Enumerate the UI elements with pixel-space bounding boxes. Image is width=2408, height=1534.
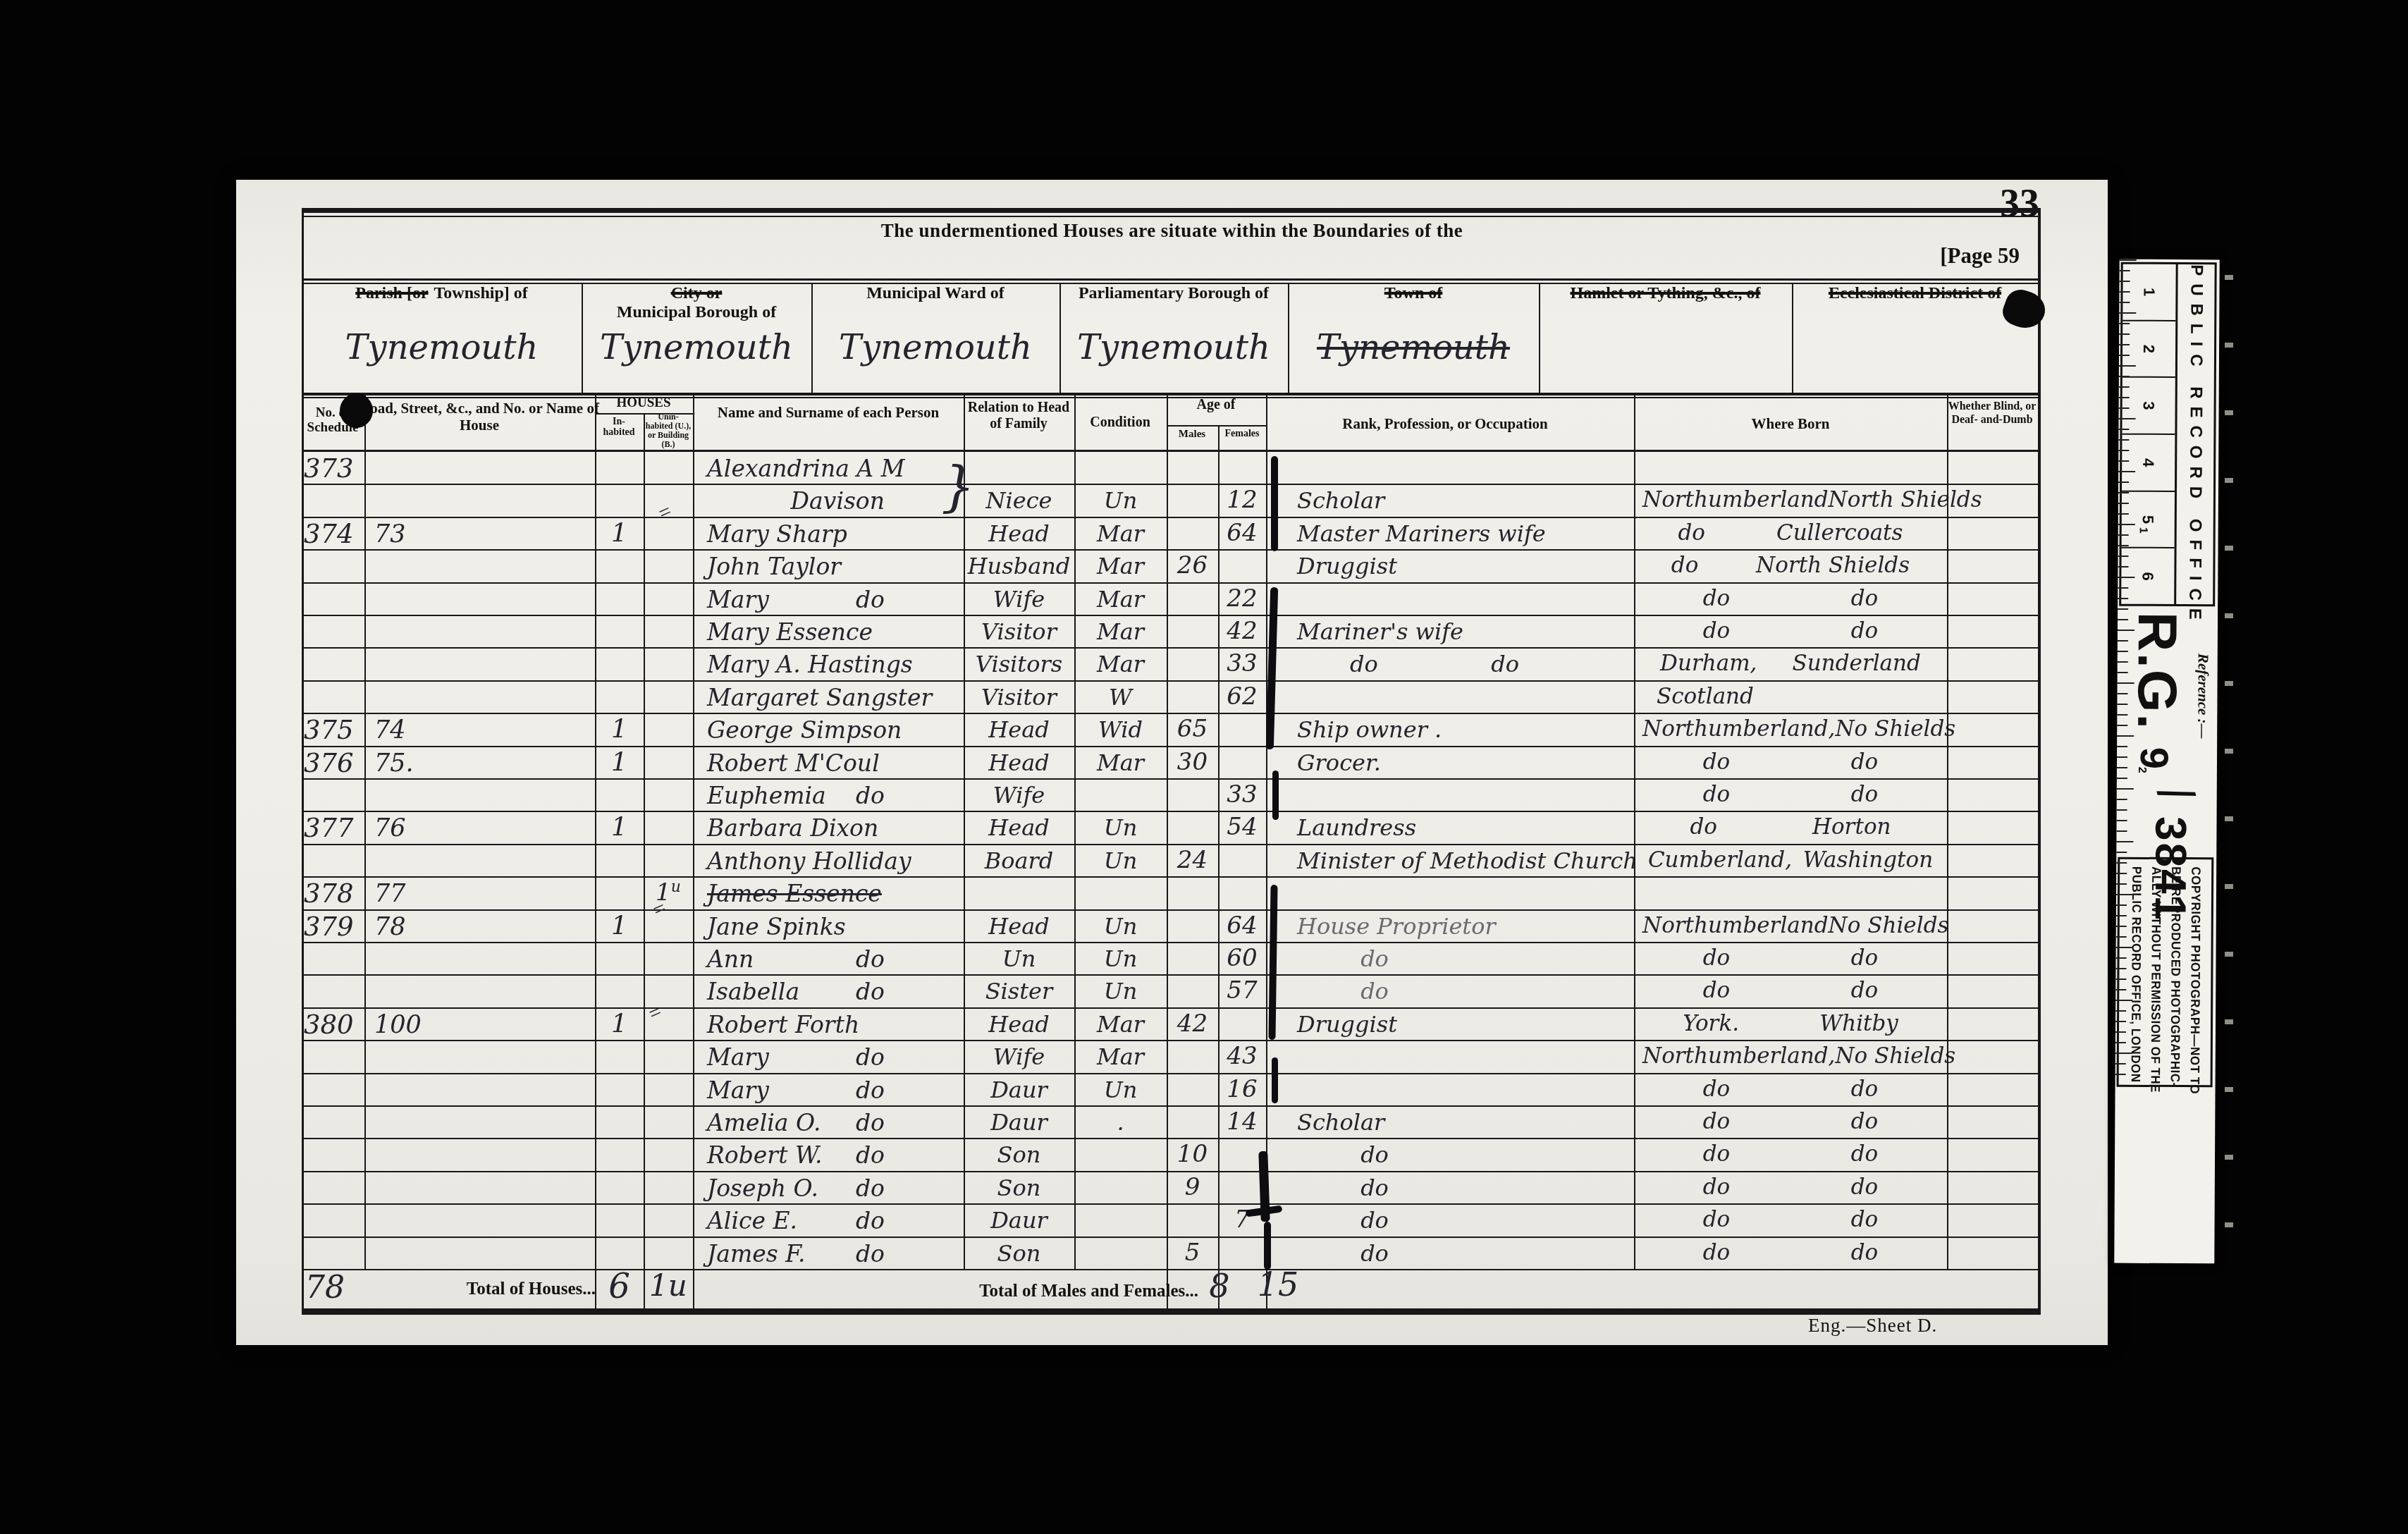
cell-name: Euphemiado xyxy=(707,782,885,809)
cell-age-female: 64 xyxy=(1218,519,1266,547)
name-part: Joseph O. xyxy=(707,1174,818,1202)
row-rule xyxy=(302,713,2038,714)
header-divider xyxy=(595,395,596,450)
ink-mark xyxy=(1266,587,1278,749)
cell-where-born: NorthumberlandNo Shields xyxy=(1642,913,1939,938)
pro-reference-label: Reference :— xyxy=(2194,608,2212,784)
row-rule xyxy=(302,844,2038,845)
cell-relation: Niece xyxy=(964,487,1074,514)
column-divider xyxy=(644,450,645,1269)
cell-inhabited: 1 xyxy=(595,813,644,842)
cell-house-number: 100 xyxy=(374,1011,422,1039)
band1-bottom-inner xyxy=(302,283,2038,284)
born-part: do xyxy=(1851,618,1879,644)
row-rule xyxy=(302,1237,2038,1238)
cell-where-born: Northumberland,No Shields xyxy=(1642,1043,1939,1069)
cell-where-born: doHorton xyxy=(1642,814,1939,840)
cell-condition: Mar xyxy=(1074,553,1167,579)
cell-inhabited: 1 xyxy=(595,715,644,744)
ink-mark xyxy=(1264,1222,1271,1270)
cell-where-born: York.Whitby xyxy=(1642,1011,1939,1036)
header-divider xyxy=(1266,395,1267,450)
cell-condition: Un xyxy=(1074,814,1167,841)
row-rule xyxy=(302,746,2038,747)
cell-occupation: Mariner's wife xyxy=(1297,618,1463,645)
uninhabited-flag: u xyxy=(671,878,681,896)
cell-relation: Wife xyxy=(964,1043,1074,1070)
column-divider xyxy=(1074,450,1076,1269)
census-sheet: 33 The undermentioned Houses are situate… xyxy=(236,180,2108,1345)
born-part: do xyxy=(1851,1109,1879,1134)
cell-occupation: do xyxy=(1336,1207,1413,1234)
cell-name: Davison xyxy=(707,487,885,515)
cell-occupation: do xyxy=(1336,1174,1413,1201)
occupation-part: do xyxy=(1350,651,1378,677)
born-part: do xyxy=(1703,749,1731,775)
brace-mark: } xyxy=(941,455,975,517)
born-part: do xyxy=(1671,553,1699,578)
born-part: North Shields xyxy=(1829,487,1982,513)
jurisdiction-label-struck: City or xyxy=(582,284,811,303)
born-part: Northumberland, xyxy=(1642,1043,1835,1069)
ink-mark xyxy=(1272,771,1279,820)
page-number-label: [Page 59 xyxy=(1879,243,2020,269)
cell-house-number: 78 xyxy=(374,913,406,941)
cell-relation: Head xyxy=(964,716,1074,743)
born-part: do xyxy=(1703,586,1731,611)
born-part: do xyxy=(1851,1141,1879,1167)
column-header-rank: Rank, Profession, or Occupation xyxy=(1262,415,1628,432)
cell-age-male: 24 xyxy=(1167,846,1218,874)
border-left xyxy=(302,208,304,1308)
cell-relation: Visitor xyxy=(964,618,1074,645)
border-bottom xyxy=(302,1308,2041,1315)
cell-inhabited: 1 xyxy=(595,519,644,548)
born-part: Northumberland, xyxy=(1642,716,1835,742)
born-part: do xyxy=(1703,782,1731,807)
column-divider xyxy=(1947,450,1948,1269)
cell-relation: Sister xyxy=(964,978,1074,1005)
totals-males-females-label: Total of Males and Females... xyxy=(902,1282,1198,1301)
header-divider xyxy=(1167,395,1168,450)
cell-condition: Mar xyxy=(1074,1043,1167,1070)
age-divider xyxy=(1218,425,1220,450)
cell-name: Joseph O.do xyxy=(707,1174,885,1202)
copyright-line: BE REPRODUCED PHOTOGRAPHIC- xyxy=(2166,866,2187,1074)
cell-age-female: 33 xyxy=(1218,780,1266,809)
header-divider xyxy=(1634,395,1635,450)
jurisdiction-label-text: Township] of xyxy=(434,284,528,302)
cell-inhabited: 1 xyxy=(595,1010,644,1038)
cell-age-female: 42 xyxy=(1218,617,1266,645)
column-header-relation: Relation to Head of Family xyxy=(962,400,1075,432)
cell-relation: Head xyxy=(964,1011,1074,1038)
born-part: Whitby xyxy=(1819,1011,1898,1036)
cell-name: Margaret Sangster xyxy=(707,684,932,711)
born-part: Horton xyxy=(1812,814,1891,840)
cell-condition: . xyxy=(1074,1109,1167,1136)
cell-where-born: dodo xyxy=(1642,978,1939,1003)
column-header-road: Road, Street, &c., and No. or Name of Ho… xyxy=(360,400,599,434)
name-part: Isabella xyxy=(707,978,799,1005)
cell-age-male: 10 xyxy=(1167,1140,1218,1168)
cell-age-male: 5 xyxy=(1167,1239,1218,1267)
column-header-condition: Condition xyxy=(1078,415,1162,430)
row-rule xyxy=(302,484,2038,485)
born-part: Sunderland xyxy=(1793,651,1921,676)
born-part: do xyxy=(1703,945,1731,971)
name-part: Mary xyxy=(707,1043,769,1071)
cell-condition: Mar xyxy=(1074,520,1167,547)
name-part: do xyxy=(856,945,885,973)
cell-occupation: Ship owner . xyxy=(1297,716,1442,743)
cell-relation: Visitor xyxy=(964,684,1074,711)
cell-occupation: Druggist xyxy=(1297,1011,1397,1038)
pro-reference-strip: PUBLIC RECORD OFFICE 123456 Reference :—… xyxy=(2114,259,2219,1264)
name-part: do xyxy=(856,1141,885,1169)
cell-relation: Wife xyxy=(964,586,1074,613)
jurisdiction-divider xyxy=(811,283,813,393)
cell-where-born: dodo xyxy=(1642,1076,1939,1102)
ruler-cm-digit: 2 xyxy=(2135,767,2148,773)
born-part: York. xyxy=(1683,1011,1739,1036)
cell-relation: Board xyxy=(964,847,1074,874)
cell-where-born: dodo xyxy=(1642,1141,1939,1167)
cell-relation: Son xyxy=(964,1240,1074,1267)
jurisdiction-label: Hamlet or Tything, &c., of xyxy=(1539,284,1792,303)
ink-mark xyxy=(1268,885,1277,1040)
name-part: do xyxy=(856,1207,885,1234)
row-rule xyxy=(302,909,2038,911)
cell-where-born: dodo xyxy=(1642,1240,1939,1265)
cell-name: Mary A. Hastings xyxy=(707,651,913,678)
totals-houses-label: Total of Houses... xyxy=(367,1280,596,1299)
cell-condition: Wid xyxy=(1074,716,1167,743)
row-rule xyxy=(302,549,2038,551)
cell-age-male: 9 xyxy=(1167,1173,1218,1201)
cell-age-female: 14 xyxy=(1218,1107,1266,1136)
cell-schedule: 379 xyxy=(304,912,354,942)
cell-where-born: dodo xyxy=(1642,945,1939,971)
cell-schedule: 373 xyxy=(304,453,354,484)
cell-where-born: dodo xyxy=(1642,749,1939,775)
row-rule xyxy=(302,1171,2038,1172)
page-heading: The undermentioned Houses are situate wi… xyxy=(236,220,2108,242)
cell-name: John Taylor xyxy=(707,553,841,580)
cell-condition: Mar xyxy=(1074,749,1167,776)
row-rule xyxy=(302,811,2038,812)
cell-where-born: dodo xyxy=(1642,1207,1939,1232)
born-part: Durham, xyxy=(1660,651,1757,676)
born-part: do xyxy=(1851,586,1879,611)
column-divider xyxy=(595,450,596,1269)
born-part: do xyxy=(1703,1076,1731,1102)
born-part: do xyxy=(1703,1207,1731,1232)
cell-where-born: doCullercoats xyxy=(1642,520,1939,546)
cell-occupation: Druggist xyxy=(1297,553,1397,579)
born-part: Cullercoats xyxy=(1776,520,1903,546)
border-top-inner xyxy=(302,216,2041,217)
column-header-males: Males xyxy=(1167,429,1217,440)
row-rule xyxy=(302,680,2038,682)
cell-name: Robert M'Coul xyxy=(707,749,880,777)
ruler-cm-digit: 1 xyxy=(2137,527,2149,534)
photograph-background: 33 The undermentioned Houses are situate… xyxy=(0,0,2408,1534)
cell-occupation: do xyxy=(1336,945,1413,972)
jurisdiction-label-struck: Town of xyxy=(1384,284,1442,302)
pro-office-title: PUBLIC RECORD OFFICE xyxy=(2174,264,2215,604)
cell-occupation: Master Mariners wife xyxy=(1297,520,1546,547)
column-header-uninhabited: Unin- habited (U.), or Building (B.) xyxy=(644,412,692,449)
name-part: Alice E. xyxy=(707,1207,797,1234)
cell-relation: Husband xyxy=(964,553,1074,579)
cell-age-male: 26 xyxy=(1167,551,1218,579)
name-part: do xyxy=(856,1174,885,1202)
column-divider xyxy=(1167,450,1168,1269)
cell-age-male: 42 xyxy=(1167,1010,1218,1038)
occupation-part: do xyxy=(1491,651,1519,677)
column-divider xyxy=(1218,450,1220,1269)
cell-inhabited: 1 xyxy=(595,912,644,940)
cell-age-female: 22 xyxy=(1218,584,1266,613)
totals-males: 8 xyxy=(1195,1267,1244,1305)
cell-age-female: 43 xyxy=(1218,1042,1266,1070)
jurisdiction-label-text: Municipal Borough of xyxy=(617,303,776,321)
cell-condition: Un xyxy=(1074,847,1167,874)
caret-mark: = xyxy=(655,499,675,526)
cell-house-number: 77 xyxy=(374,880,406,908)
band1-bottom xyxy=(302,278,2038,281)
jurisdiction-value: Tynemouth xyxy=(1059,328,1288,367)
cell-where-born: dodo xyxy=(1642,782,1939,807)
jurisdiction-divider xyxy=(582,283,583,393)
cell-relation: Son xyxy=(964,1141,1074,1168)
jurisdiction-divider xyxy=(1059,283,1061,393)
header-divider xyxy=(1074,395,1076,450)
jurisdiction-label-text: Municipal Ward of xyxy=(866,284,1005,302)
born-part: do xyxy=(1851,945,1879,971)
row-rule xyxy=(302,778,2038,780)
cell-where-born: NorthumberlandNorth Shields xyxy=(1642,487,1939,513)
caret-mark: = xyxy=(645,1000,665,1026)
cell-name: Jane Spinks xyxy=(707,913,846,940)
born-part: North Shields xyxy=(1756,553,1910,578)
cell-condition: Mar xyxy=(1074,651,1167,677)
name-part: Amelia O. xyxy=(707,1109,821,1136)
age-underline xyxy=(1167,425,1266,427)
band2-bottom-inner xyxy=(302,397,2038,398)
name-part: do xyxy=(856,1043,885,1071)
jurisdiction-label-struck: Parish [or xyxy=(355,284,428,302)
copyright-line: ALLY WITHOUT PERMISSION OF THE xyxy=(2146,866,2167,1074)
cell-where-born: Scotland xyxy=(1657,684,1754,709)
houses-divider xyxy=(644,413,645,450)
cell-occupation: House Proprietor xyxy=(1297,913,1496,940)
jurisdiction-value: Tynemouth xyxy=(582,328,811,367)
column-header-name: Name and Surname of each Person xyxy=(712,404,945,421)
jurisdiction-label: City orMunicipal Borough of xyxy=(582,284,811,322)
column-divider xyxy=(693,450,694,1269)
born-part: Northumberland xyxy=(1642,913,1829,938)
cell-where-born: Durham,Sunderland xyxy=(1642,651,1939,676)
name-part: Robert W. xyxy=(707,1141,823,1169)
totals-females: 15 xyxy=(1250,1265,1306,1303)
column-header-houses-group: HOUSES xyxy=(594,396,693,410)
name-part: do xyxy=(856,1240,885,1268)
born-part: do xyxy=(1703,618,1731,644)
cell-age-female: 64 xyxy=(1218,912,1266,940)
born-part: Northumberland xyxy=(1642,487,1829,513)
cell-occupation: do xyxy=(1336,1240,1413,1267)
totals-schedule-note: 78 xyxy=(305,1270,345,1306)
jurisdiction-label: Municipal Ward of xyxy=(811,284,1059,303)
row-rule xyxy=(302,582,2038,584)
ink-mark xyxy=(1271,456,1278,551)
cell-age-male: 30 xyxy=(1167,748,1218,776)
header-divider xyxy=(964,395,965,450)
name-part: do xyxy=(856,978,885,1005)
jurisdiction-label-struck: Hamlet or Tything, &c., of xyxy=(1571,284,1761,302)
cell-condition: Mar xyxy=(1074,618,1167,645)
cell-occupation: Laundress xyxy=(1297,814,1416,841)
cell-where-born: dodo xyxy=(1642,586,1939,611)
column-header-age-group: Age of xyxy=(1167,397,1265,412)
cell-name: Robert W.do xyxy=(707,1141,885,1169)
name-part: Davison xyxy=(791,487,885,515)
born-part: do xyxy=(1851,978,1879,1003)
cell-name: Anthony Holliday xyxy=(707,847,911,875)
born-part: do xyxy=(1851,749,1879,775)
row-rule xyxy=(302,615,2038,616)
column-divider xyxy=(964,450,965,1269)
pro-series: R.G. xyxy=(2125,612,2189,731)
cell-where-born: dodo xyxy=(1642,1174,1939,1200)
cell-name: Isabellado xyxy=(707,978,885,1005)
row-rule xyxy=(302,876,2038,878)
born-part: do xyxy=(1690,814,1717,840)
cell-condition: Mar xyxy=(1074,1011,1167,1038)
jurisdiction-divider xyxy=(1539,283,1540,393)
cell-age-female: 57 xyxy=(1218,976,1266,1005)
cell-relation: Wife xyxy=(964,782,1074,809)
cell-name: Marydo xyxy=(707,1076,885,1104)
row-rule xyxy=(302,1105,2038,1107)
born-part: do xyxy=(1851,1240,1879,1265)
cell-relation: Head xyxy=(964,520,1074,547)
cell-schedule: 376 xyxy=(304,748,354,778)
row-rule xyxy=(302,1007,2038,1009)
cell-condition: Un xyxy=(1074,913,1167,940)
born-part: do xyxy=(1851,782,1879,807)
cell-name: Barbara Dixon xyxy=(707,814,878,842)
cell-age-male: 65 xyxy=(1167,715,1218,743)
cell-inhabited: 1 xyxy=(595,748,644,777)
cell-where-born: doNorth Shields xyxy=(1642,553,1939,578)
cell-occupation: Grocer. xyxy=(1297,749,1381,776)
cell-schedule: 377 xyxy=(304,813,354,843)
cell-relation: Head xyxy=(964,749,1074,776)
cell-occupation: Scholar xyxy=(1297,1109,1384,1136)
cell-condition: Un xyxy=(1074,1076,1167,1103)
cell-age-female: 60 xyxy=(1218,944,1266,972)
sheet-footer: Eng.—Sheet D. xyxy=(1808,1315,1937,1337)
cell-name: Anndo xyxy=(707,945,885,973)
cell-condition: Mar xyxy=(1074,586,1167,613)
cell-condition: W xyxy=(1074,684,1167,711)
cell-condition: Un xyxy=(1074,945,1167,972)
jurisdiction-label: Parliamentary Borough of xyxy=(1059,284,1288,303)
cell-where-born: dodo xyxy=(1642,1109,1939,1134)
cell-age-female: 33 xyxy=(1218,649,1266,677)
border-top xyxy=(302,208,2041,213)
name-part: Mary xyxy=(707,586,769,613)
cell-relation: Head xyxy=(964,814,1074,841)
cell-occupation: dodo xyxy=(1350,651,1519,677)
row-rule xyxy=(302,647,2038,649)
cell-relation: Daur xyxy=(964,1109,1074,1136)
cell-schedule: 380 xyxy=(304,1010,354,1040)
born-part: do xyxy=(1703,1174,1731,1200)
cell-name: Marydo xyxy=(707,586,885,613)
cell-age-female: 54 xyxy=(1218,813,1266,841)
row-rule xyxy=(302,1040,2038,1041)
born-part: No Shields xyxy=(1829,913,1949,938)
pro-class-number: 9 xyxy=(2132,747,2177,769)
header-divider xyxy=(693,395,694,450)
cell-name: Robert Forth xyxy=(707,1011,859,1038)
cell-age-female: 16 xyxy=(1218,1075,1266,1103)
name-part: do xyxy=(856,1109,885,1136)
cell-schedule: 378 xyxy=(304,878,354,909)
cell-name: Amelia O.do xyxy=(707,1109,885,1136)
column-header-born: Where Born xyxy=(1639,415,1942,432)
cell-relation: Un xyxy=(964,945,1074,972)
edge-ticks xyxy=(2225,275,2233,1248)
row-rule xyxy=(302,942,2038,943)
name-part: do xyxy=(856,586,885,613)
pro-copyright-lines: COPYRIGHT PHOTOGRAPH—NOT TOBE REPRODUCED… xyxy=(2126,859,2212,1086)
cell-name: Alexandrina A M xyxy=(707,455,904,482)
row-rule xyxy=(302,1269,2038,1270)
cell-where-born: Northumberland,No Shields xyxy=(1642,716,1939,742)
cell-where-born: dodo xyxy=(1642,618,1939,644)
totals-inhabited: 6 xyxy=(595,1267,644,1306)
cell-where-born: Cumberland,Washington xyxy=(1642,847,1939,873)
born-part: do xyxy=(1703,1141,1731,1167)
name-part: James F. xyxy=(707,1240,805,1268)
cell-name: James Essence xyxy=(707,880,882,907)
jurisdiction-label-text: Parliamentary Borough of xyxy=(1079,284,1269,302)
cell-occupation: do xyxy=(1336,1141,1413,1168)
cell-occupation: do xyxy=(1336,978,1413,1005)
jurisdiction-value: Tynemouth xyxy=(1288,328,1539,367)
born-part: do xyxy=(1851,1174,1879,1200)
born-part: do xyxy=(1851,1076,1879,1102)
cell-relation: Visitors xyxy=(964,651,1074,677)
cell-relation: Daur xyxy=(964,1207,1074,1234)
column-divider xyxy=(364,450,366,1269)
cell-condition: Un xyxy=(1074,487,1167,514)
header-divider xyxy=(1947,395,1948,450)
pro-strip-rotated: PUBLIC RECORD OFFICE 123456 Reference :—… xyxy=(2114,259,2219,1264)
jurisdiction-divider xyxy=(1288,283,1289,393)
born-part: do xyxy=(1703,1109,1731,1134)
row-rule xyxy=(302,974,2038,976)
name-part: do xyxy=(856,1076,885,1104)
cell-age-female: 12 xyxy=(1218,486,1266,514)
name-part: Euphemia xyxy=(707,782,826,809)
jurisdiction-divider xyxy=(1792,283,1793,393)
